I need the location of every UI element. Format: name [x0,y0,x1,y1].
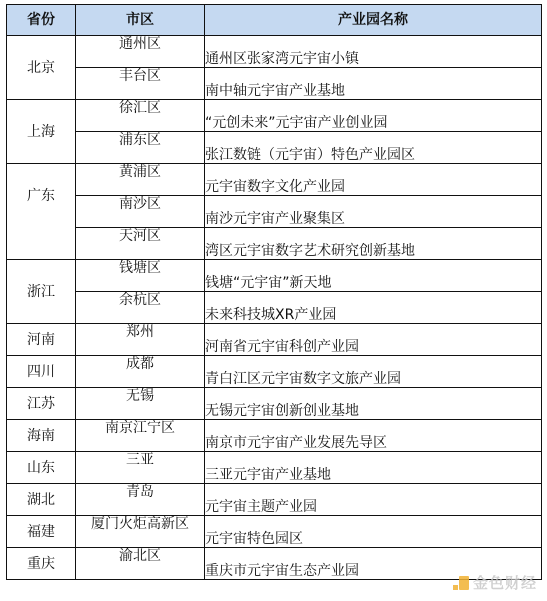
province-cell: 四川 [7,356,76,388]
park-cell: 湾区元宇宙数字艺术研究创新基地 [205,228,542,260]
header-province: 省份 [7,5,76,36]
table-row: 四川 成都 青白江区元宇宙数字文旅产业园 [7,356,542,388]
city-cell: 余杭区 [76,292,205,324]
table-row: 江苏 无锡 无锡元宇宙创新创业基地 [7,388,542,420]
header-park-name: 产业园名称 [205,5,542,36]
table-row: 上海 徐汇区 “元创未来”元宇宙产业创业园 [7,100,542,132]
province-cell: 江苏 [7,388,76,420]
jinse-logo-icon [453,576,469,590]
table-row: 天河区 湾区元宇宙数字艺术研究创新基地 [7,228,542,260]
table-row: 福建 厦门火炬高新区 元宇宙特色园区 [7,516,542,548]
park-cell: 南京市元宇宙产业发展先导区 [205,420,542,452]
province-cell: 上海 [7,100,76,164]
city-cell: 通州区 [76,36,205,68]
park-cell: 张江数链（元宇宙）特色产业园区 [205,132,542,164]
city-cell: 郑州 [76,324,205,356]
park-cell: “元创未来”元宇宙产业创业园 [205,100,542,132]
table-row: 浙江 钱塘区 钱塘“元宇宙”新天地 [7,260,542,292]
city-cell: 丰台区 [76,68,205,100]
park-cell: 无锡元宇宙创新创业基地 [205,388,542,420]
city-cell: 天河区 [76,228,205,260]
table-row: 南沙区 南沙元宇宙产业聚集区 [7,196,542,228]
city-cell: 青岛 [76,484,205,516]
province-cell: 浙江 [7,260,76,324]
park-cell: 钱塘“元宇宙”新天地 [205,260,542,292]
park-cell: 通州区张家湾元宇宙小镇 [205,36,542,68]
province-cell: 山东 [7,452,76,484]
city-cell: 渝北区 [76,548,205,580]
park-cell: 元宇宙数字文化产业园 [205,164,542,196]
watermark-text: 金色财经 [473,572,537,593]
city-cell: 徐汇区 [76,100,205,132]
table-row: 广东 黄浦区 元宇宙数字文化产业园 [7,164,542,196]
province-cell: 广东 [7,164,76,260]
city-cell: 无锡 [76,388,205,420]
city-cell: 厦门火炬高新区 [76,516,205,548]
city-cell: 钱塘区 [76,260,205,292]
park-cell: 河南省元宇宙科创产业园 [205,324,542,356]
park-cell: 南沙元宇宙产业聚集区 [205,196,542,228]
province-cell: 福建 [7,516,76,548]
table-row: 山东 三亚 三亚元宇宙产业基地 [7,452,542,484]
city-cell: 南京江宁区 [76,420,205,452]
park-cell: 青白江区元宇宙数字文旅产业园 [205,356,542,388]
header-city: 市区 [76,5,205,36]
city-cell: 黄浦区 [76,164,205,196]
table-row: 丰台区 南中轴元宇宙产业基地 [7,68,542,100]
city-cell: 成都 [76,356,205,388]
city-cell: 南沙区 [76,196,205,228]
table-row: 海南 南京江宁区 南京市元宇宙产业发展先导区 [7,420,542,452]
park-cell: 元宇宙主题产业园 [205,484,542,516]
province-cell: 重庆 [7,548,76,580]
metaverse-parks-table: 省份 市区 产业园名称 北京 通州区 通州区张家湾元宇宙小镇 丰台区 南中轴元宇… [6,4,542,580]
city-cell: 三亚 [76,452,205,484]
table-row: 河南 郑州 河南省元宇宙科创产业园 [7,324,542,356]
city-cell: 浦东区 [76,132,205,164]
table-row: 余杭区 未来科技城XR产业园 [7,292,542,324]
table-row: 湖北 青岛 元宇宙主题产业园 [7,484,542,516]
province-cell: 北京 [7,36,76,100]
park-cell: 未来科技城XR产业园 [205,292,542,324]
header-row: 省份 市区 产业园名称 [7,5,542,36]
park-cell: 元宇宙特色园区 [205,516,542,548]
table-row: 北京 通州区 通州区张家湾元宇宙小镇 [7,36,542,68]
province-cell: 河南 [7,324,76,356]
watermark: 金色财经 [453,572,537,593]
park-cell: 南中轴元宇宙产业基地 [205,68,542,100]
park-cell: 三亚元宇宙产业基地 [205,452,542,484]
province-cell: 海南 [7,420,76,452]
table-row: 浦东区 张江数链（元宇宙）特色产业园区 [7,132,542,164]
province-cell: 湖北 [7,484,76,516]
